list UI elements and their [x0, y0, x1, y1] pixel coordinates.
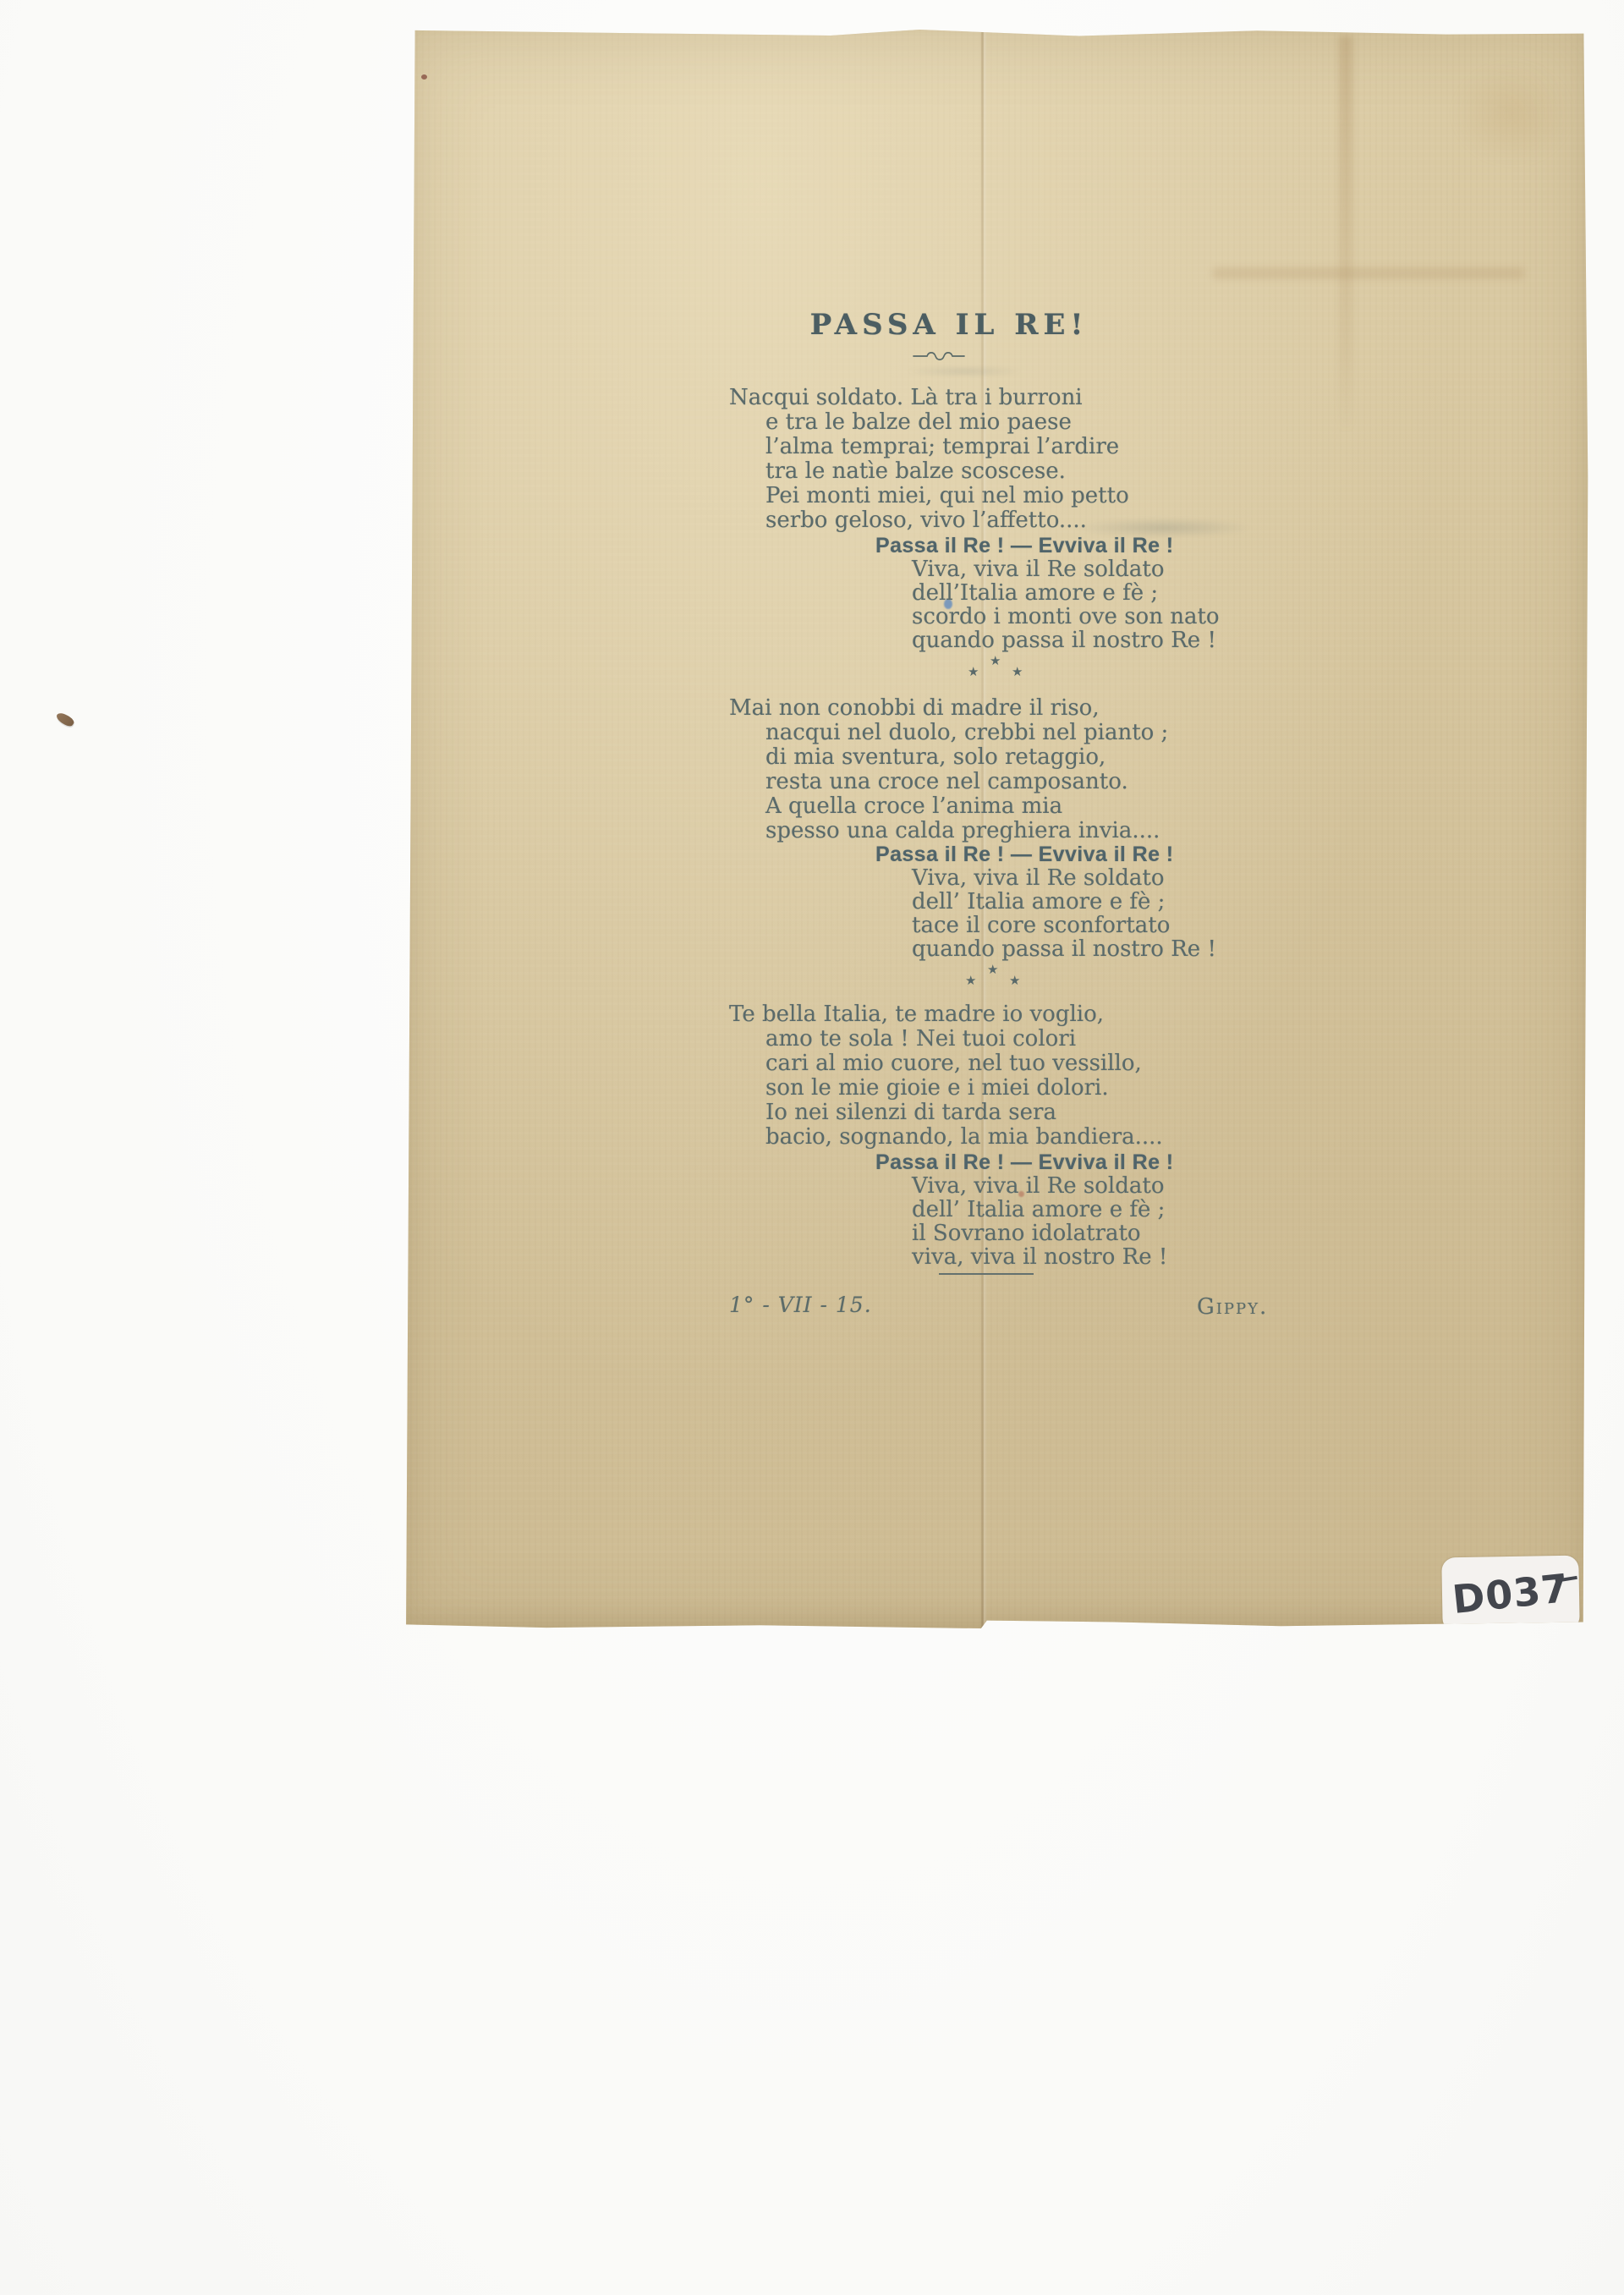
- verse-line: nacqui nel duolo, crebbi nel pianto ;: [729, 721, 1490, 745]
- refrain-3: Passa il Re ! — Evviva il Re ! Viva, viv…: [875, 1150, 1552, 1269]
- star-icon: ★: [987, 964, 998, 976]
- ornament-divider-icon: [888, 349, 990, 362]
- ink-smudge: [905, 365, 1023, 377]
- refrain-line: Viva, viva il Re soldato: [875, 1174, 1552, 1198]
- stanza-2: Mai non conobbi di madre il riso, nacqui…: [729, 696, 1490, 843]
- star-icon: ★: [965, 975, 976, 987]
- verse-line: Io nei silenzi di tarda sera: [729, 1101, 1490, 1125]
- refrain-line: Viva, viva il Re soldato: [875, 557, 1552, 581]
- verse-line: spesso una calda preghiera invia....: [729, 819, 1490, 843]
- star-icon: ★: [990, 655, 1001, 667]
- verse-line: di mia sventura, solo retaggio,: [729, 745, 1490, 770]
- horizontal-stain: [1212, 267, 1525, 279]
- leaflet-paper: PASSA IL RE! Nacqui soldato. Là tra i bu…: [404, 29, 1588, 1629]
- date-line: 1° - VII - 15.: [729, 1293, 872, 1317]
- verse-line: cari al mio cuore, nel tuo vessillo,: [729, 1051, 1490, 1076]
- verse-line: Mai non conobbi di madre il riso,: [729, 696, 1490, 721]
- refrain-line: dell’ Italia amore e fè ;: [875, 1198, 1552, 1222]
- refrain-line: dell’ Italia amore e fè ;: [875, 890, 1552, 914]
- refrain-line: il Sovrano idolatrato: [875, 1222, 1552, 1245]
- star-icon: ★: [1009, 975, 1020, 987]
- star-icon: ★: [968, 666, 979, 678]
- refrain-title-line: Passa il Re ! — Evviva il Re !: [875, 534, 1552, 557]
- verse-line: tra le natìe balze scoscese.: [729, 459, 1490, 484]
- page-title: PASSA IL RE!: [687, 308, 1211, 342]
- verse-line: Pei monti miei, qui nel mio petto: [729, 484, 1490, 508]
- archive-label-text: D037: [1450, 1565, 1571, 1622]
- verse-line: serbo geloso, vivo l’affetto....: [729, 508, 1490, 533]
- verse-line: A quella croce l’anima mia: [729, 794, 1490, 819]
- refrain-line: quando passa il nostro Re !: [875, 629, 1552, 652]
- red-speck: [421, 74, 427, 80]
- asterism-divider: ★ ★ ★: [946, 655, 1047, 684]
- verse-line: amo te sola ! Nei tuoi colori: [729, 1027, 1490, 1051]
- refrain-line: viva, viva il nostro Re !: [875, 1245, 1552, 1269]
- verse-line: bacio, sognando, la mia bandiera....: [729, 1125, 1490, 1150]
- refrain-line: Viva, viva il Re soldato: [875, 866, 1552, 890]
- refrain-line: dell’Italia amore e fè ;: [875, 581, 1552, 605]
- refrain-line: scordo i monti ove son nato: [875, 605, 1552, 629]
- stanza-1: Nacqui soldato. Là tra i burroni e tra l…: [729, 386, 1490, 533]
- verse-line: Te bella Italia, te madre io voglio,: [729, 1002, 1490, 1027]
- verse-line: Nacqui soldato. Là tra i burroni: [729, 386, 1490, 410]
- author-signature: Gippy.: [1197, 1294, 1268, 1320]
- end-rule-divider: [939, 1273, 1034, 1275]
- refrain-1: Passa il Re ! — Evviva il Re ! Viva, viv…: [875, 534, 1552, 652]
- refrain-line: quando passa il nostro Re !: [875, 937, 1552, 961]
- verse-line: l’alma temprai; temprai l’ardire: [729, 435, 1490, 459]
- refrain-line: tace il core sconfortato: [875, 914, 1552, 937]
- right-crease-stain: [1339, 36, 1352, 433]
- archive-label-sticker: D037: [1441, 1556, 1580, 1633]
- refrain-title-line: Passa il Re ! — Evviva il Re !: [875, 1150, 1552, 1174]
- asterism-divider: ★ ★ ★: [943, 964, 1045, 992]
- corner-stain: [1453, 63, 1572, 164]
- verse-line: resta una croce nel camposanto.: [729, 770, 1490, 794]
- stanza-3: Te bella Italia, te madre io voglio, amo…: [729, 1002, 1490, 1150]
- refrain-2: Passa il Re ! — Evviva il Re ! Viva, viv…: [875, 843, 1552, 961]
- star-icon: ★: [1012, 666, 1023, 678]
- verse-line: e tra le balze del mio paese: [729, 410, 1490, 435]
- verse-line: son le mie gioie e i miei dolori.: [729, 1076, 1490, 1101]
- refrain-title-line: Passa il Re ! — Evviva il Re !: [875, 843, 1552, 866]
